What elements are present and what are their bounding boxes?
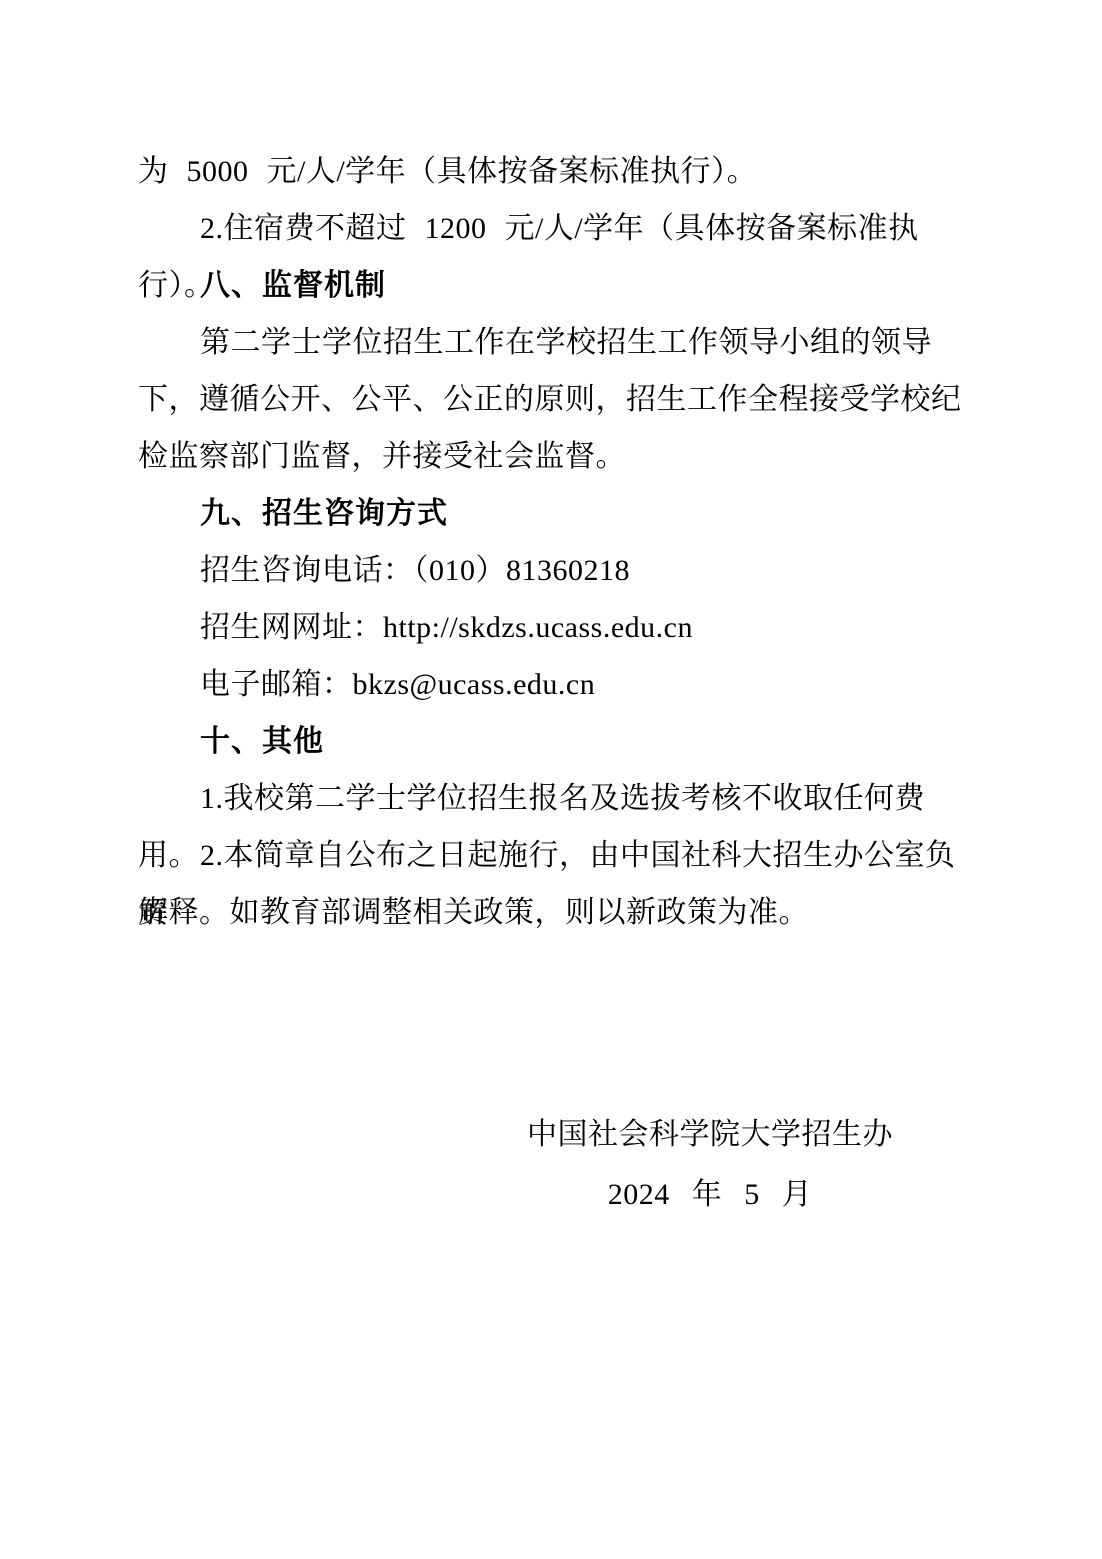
line-other-item-1: 1.我校第二学士学位招生报名及选拔考核不收取任何费用。: [138, 770, 962, 827]
section-heading-other: 十、其他: [138, 713, 962, 770]
line-accommodation-fee: 2.住宿费不超过 1200 元/人/学年（具体按备案标准执行）。: [138, 200, 962, 257]
signature-block: 中国社会科学院大学招生办 2024 年 5 月: [440, 1105, 980, 1225]
line-tuition-fee-continuation: 为 5000 元/人/学年（具体按备案标准执行）。: [138, 143, 962, 200]
para-supervision-line-3: 检监察部门监督，并接受社会监督。: [138, 428, 962, 485]
line-other-item-2-continuation: 解释。如教育部调整相关政策，则以新政策为准。: [138, 884, 962, 941]
line-admissions-website: 招生网网址：http://skdzs.ucass.edu.cn: [138, 599, 962, 656]
line-consultation-phone: 招生咨询电话：（010）81360218: [138, 542, 962, 599]
signature-date: 2024 年 5 月: [440, 1165, 980, 1225]
document-body: 为 5000 元/人/学年（具体按备案标准执行）。 2.住宿费不超过 1200 …: [138, 143, 962, 941]
line-other-item-2: 2.本简章自公布之日起施行，由中国社科大招生办公室负责: [138, 827, 962, 884]
line-email-address: 电子邮箱：bkzs@ucass.edu.cn: [138, 656, 962, 713]
section-heading-consultation: 九、招生咨询方式: [138, 485, 962, 542]
signature-organization: 中国社会科学院大学招生办: [440, 1105, 980, 1165]
para-supervision-line-2: 下，遵循公开、公平、公正的原则，招生工作全程接受学校纪: [138, 371, 962, 428]
section-heading-supervision: 八、监督机制: [138, 257, 962, 314]
document-page: 为 5000 元/人/学年（具体按备案标准执行）。 2.住宿费不超过 1200 …: [0, 0, 1102, 1559]
para-supervision-line-1: 第二学士学位招生工作在学校招生工作领导小组的领导: [138, 314, 962, 371]
